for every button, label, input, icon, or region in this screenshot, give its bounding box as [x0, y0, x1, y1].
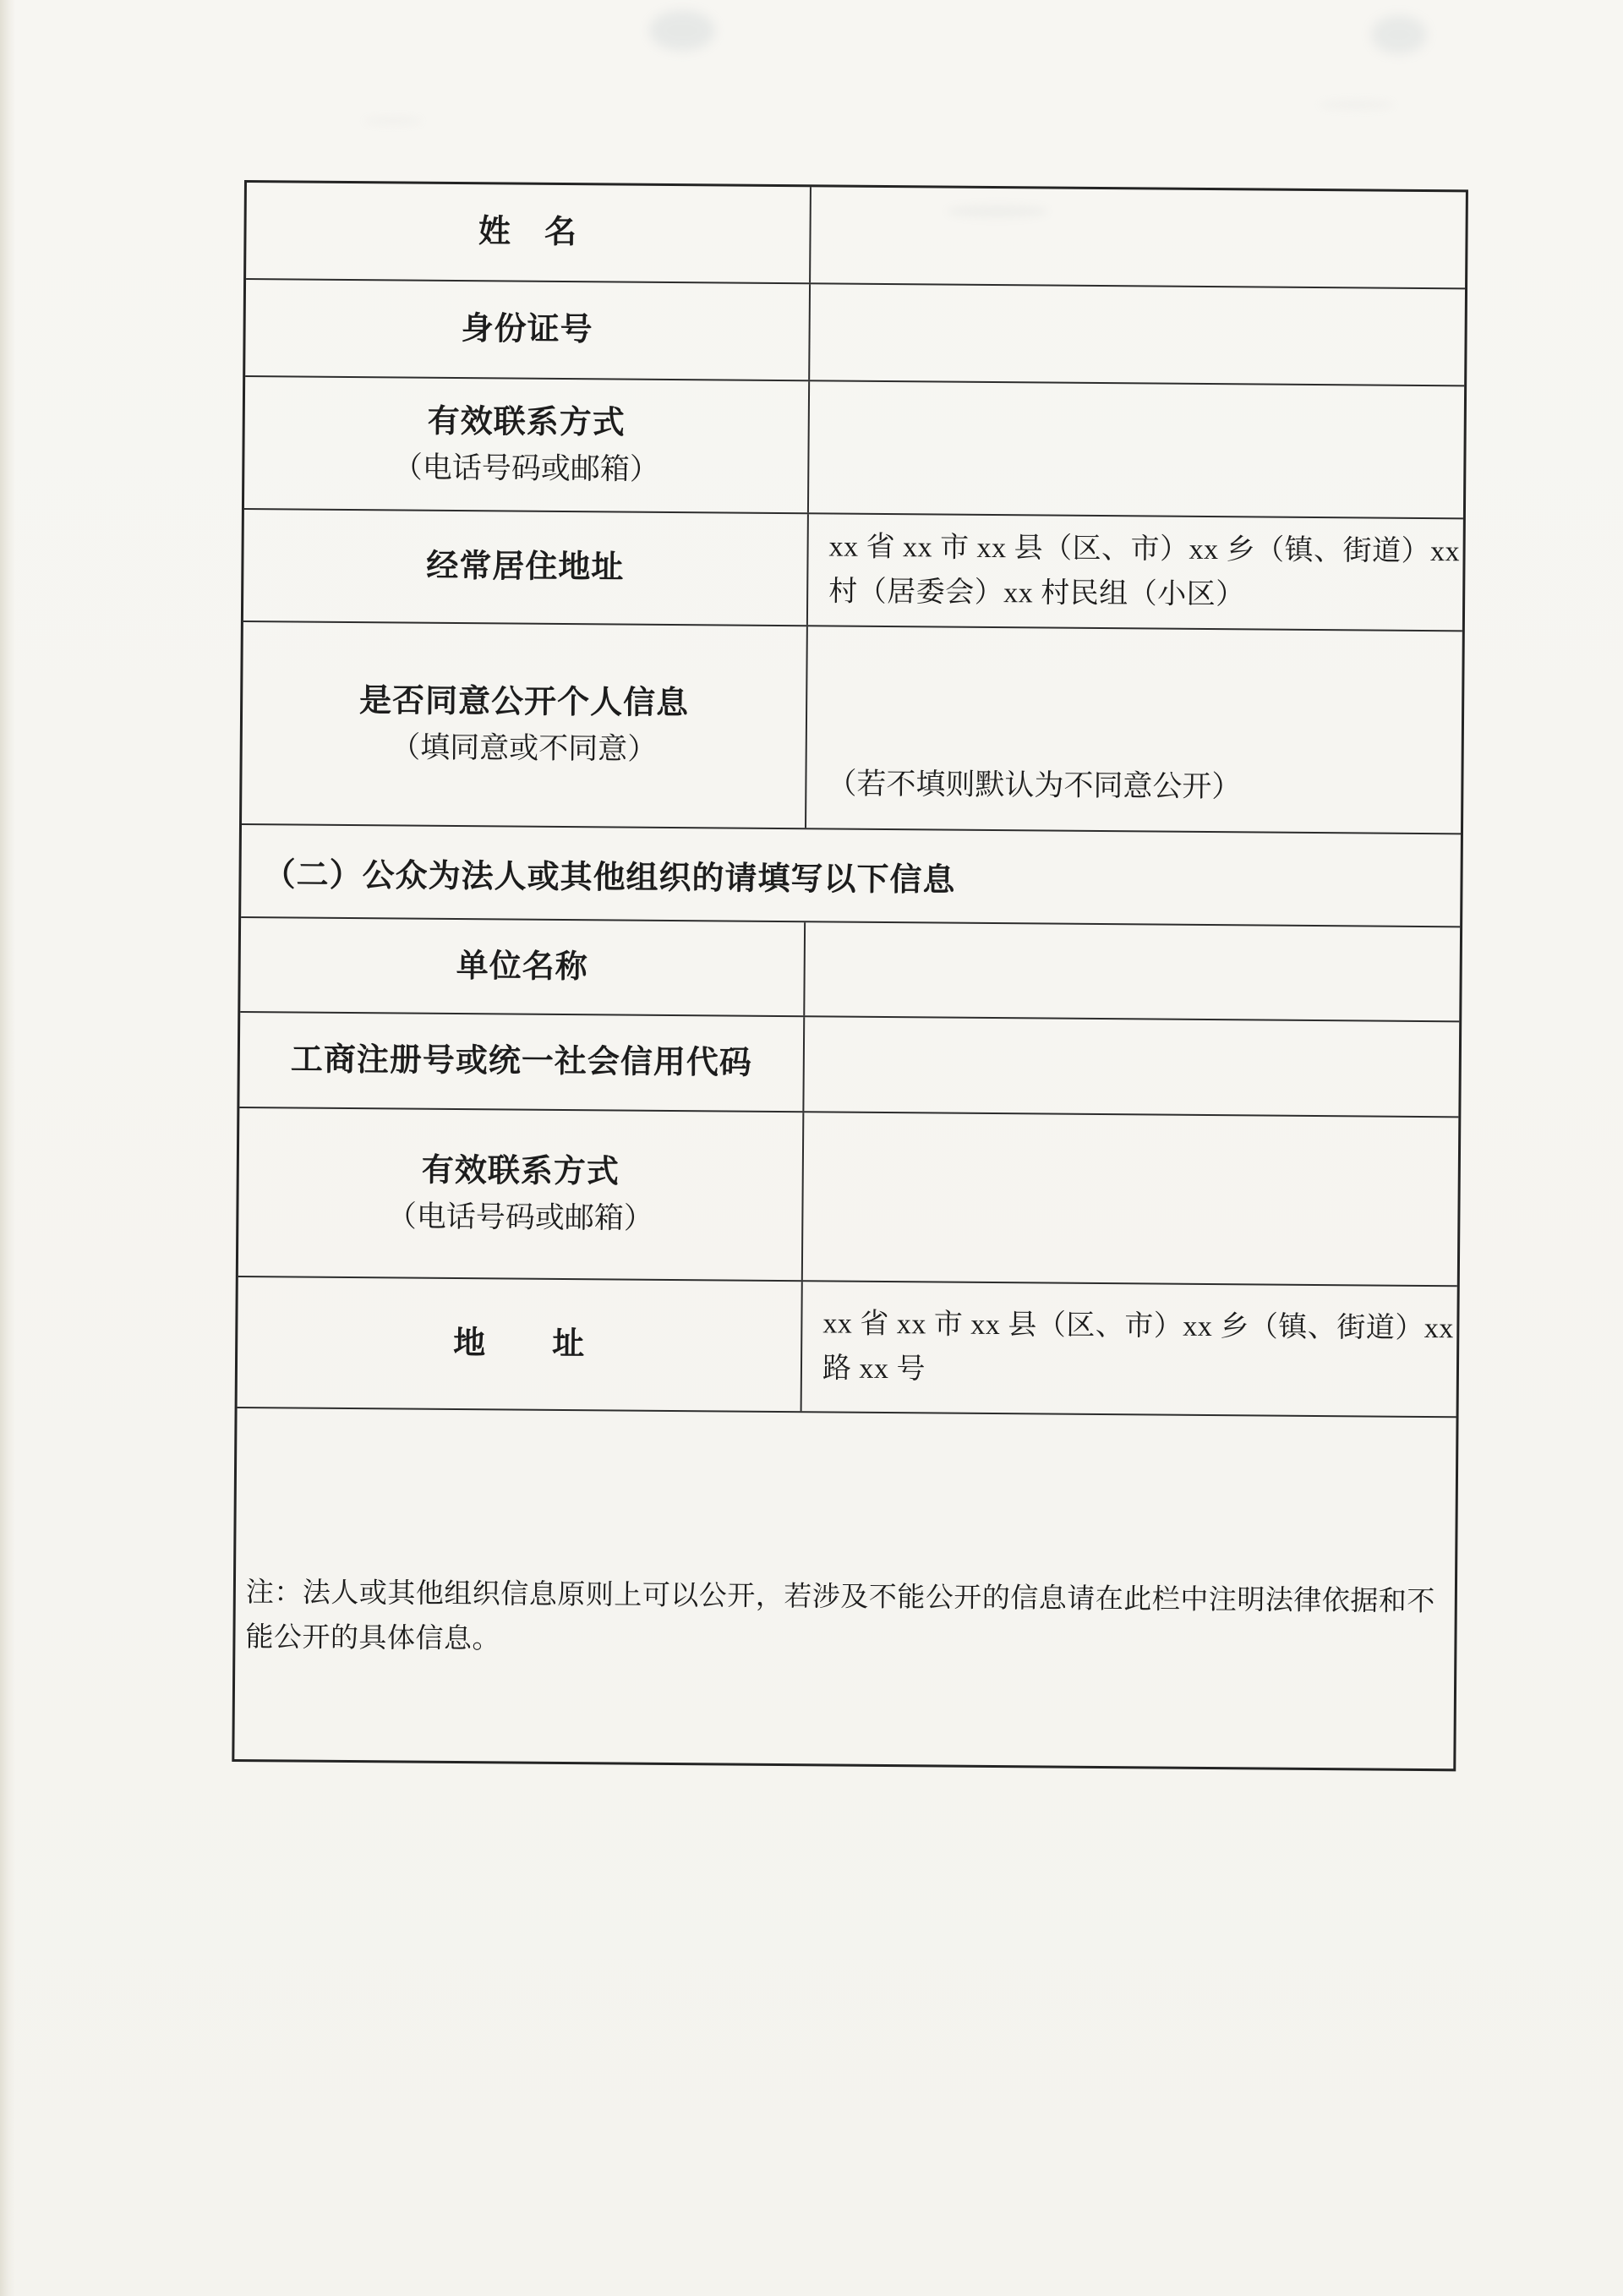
contact-org-label: 有效联系方式: [422, 1147, 620, 1197]
id-number-label: 身份证号: [461, 305, 593, 354]
scan-smudge: [363, 117, 423, 125]
public-application-form-table: 姓 名 身份证号 有效联系方式 （电话号码或邮箱） 经常居住地址: [232, 180, 1468, 1771]
section2-header: （二）公众为法人或其他组织的请填写以下信息: [263, 848, 1446, 904]
contact-personal-value-cell: [809, 381, 1464, 517]
row-org-address: 地 址 xx 省 xx 市 xx 县（区、市）xx 乡（镇、街道）xx 路 xx…: [238, 1277, 1457, 1418]
contact-org-label-cell: 有效联系方式 （电话号码或邮箱）: [238, 1108, 805, 1280]
registration-code-value-cell: [804, 1017, 1459, 1116]
scan-smudge: [649, 10, 715, 51]
residence-address-label: 经常居住地址: [426, 543, 624, 593]
row-id-number: 身份证号: [245, 280, 1465, 386]
contact-org-value: [824, 1196, 1448, 1201]
consent-value-cell: （若不填则默认为不同意公开）: [806, 626, 1462, 833]
name-label-cell: 姓 名: [246, 183, 811, 282]
scan-smudge: [1371, 15, 1427, 54]
org-name-label: 单位名称: [456, 942, 587, 991]
registration-code-label-cell: 工商注册号或统一社会信用代码: [239, 1013, 805, 1111]
row-note: 注：法人或其他组织信息原则上可以公开，若涉及不能公开的信息请在此栏中注明法律依据…: [234, 1408, 1456, 1768]
org-address-value: xx 省 xx 市 xx 县（区、市）xx 乡（镇、街道）xx 路 xx 号: [822, 1302, 1454, 1396]
row-org-name: 单位名称: [240, 918, 1460, 1022]
name-value: [832, 235, 1456, 240]
scan-smudge: [1319, 100, 1395, 110]
contact-personal-label-sub: （电话号码或邮箱）: [393, 446, 659, 492]
row-registration-code: 工商注册号或统一社会信用代码: [239, 1013, 1459, 1118]
id-number-label-cell: 身份证号: [245, 280, 811, 380]
id-number-value: [831, 332, 1455, 337]
org-address-label-cell: 地 址: [238, 1277, 803, 1411]
note-cell: 注：法人或其他组织信息原则上可以公开，若涉及不能公开的信息请在此栏中注明法律依据…: [234, 1408, 1456, 1768]
org-name-value: [826, 969, 1450, 974]
contact-org-value-cell: [803, 1112, 1459, 1285]
note-text: 注：法人或其他组织信息原则上可以公开，若涉及不能公开的信息请在此栏中注明法律依据…: [245, 1571, 1443, 1670]
contact-org-label-sub: （电话号码或邮箱）: [387, 1195, 653, 1242]
contact-personal-label: 有效联系方式: [428, 397, 626, 447]
residence-address-value-cell: xx 省 xx 市 xx 县（区、市）xx 乡（镇、街道）xx 村（居委会）xx…: [808, 514, 1471, 630]
scan-edge-shadow: [0, 0, 15, 2296]
consent-label-cell: 是否同意公开个人信息 （填同意或不同意）: [242, 622, 808, 828]
consent-label: 是否同意公开个人信息: [359, 677, 689, 728]
id-number-value-cell: [810, 284, 1465, 385]
contact-personal-value: [830, 447, 1454, 452]
registration-code-value: [825, 1064, 1449, 1069]
row-contact-personal: 有效联系方式 （电话号码或邮箱）: [244, 377, 1464, 519]
contact-personal-label-cell: 有效联系方式 （电话号码或邮箱）: [244, 377, 810, 512]
org-name-label-cell: 单位名称: [240, 918, 806, 1015]
row-section2-header: （二）公众为法人或其他组织的请填写以下信息: [241, 825, 1461, 927]
name-label: 姓 名: [478, 208, 577, 257]
org-name-value-cell: [805, 922, 1460, 1020]
section2-header-cell: （二）公众为法人或其他组织的请填写以下信息: [241, 825, 1461, 926]
residence-address-label-cell: 经常居住地址: [243, 510, 809, 625]
residence-address-value: xx 省 xx 市 xx 县（区、市）xx 乡（镇、街道）xx 村（居委会）xx…: [828, 525, 1460, 619]
org-address-value-cell: xx 省 xx 市 xx 县（区、市）xx 乡（镇、街道）xx 路 xx 号: [802, 1282, 1465, 1416]
consent-label-sub: （填同意或不同意）: [391, 726, 657, 773]
name-value-cell: [811, 187, 1466, 287]
consent-default-hint: （若不填则默认为不同意公开）: [827, 763, 1451, 809]
row-contact-org: 有效联系方式 （电话号码或邮箱）: [238, 1108, 1459, 1287]
row-name: 姓 名: [246, 183, 1466, 289]
row-residence-address: 经常居住地址 xx 省 xx 市 xx 县（区、市）xx 乡（镇、街道）xx 村…: [243, 510, 1463, 631]
registration-code-label: 工商注册号或统一社会信用代码: [291, 1036, 752, 1087]
org-address-label: 地 址: [453, 1320, 585, 1369]
row-consent: 是否同意公开个人信息 （填同意或不同意） （若不填则默认为不同意公开）: [242, 622, 1462, 834]
